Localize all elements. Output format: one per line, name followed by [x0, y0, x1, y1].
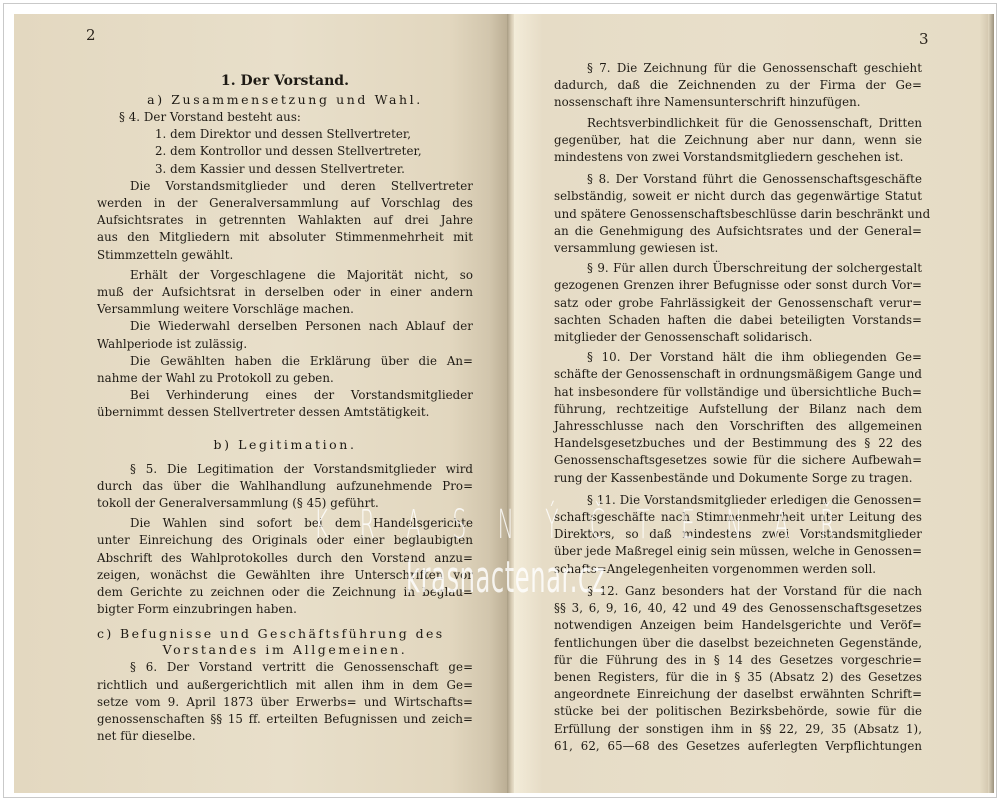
text-line: schaftsgeschäfte nach Stimmenmehrheit un…: [554, 509, 922, 526]
text-line: § 8. Der Vorstand führt die Genossenscha…: [554, 171, 922, 188]
text-line: Abschrift des Wahlprotokolles durch den …: [97, 550, 473, 567]
left-page: 2 1. Der Vorstand. a) Zusammensetzung un…: [14, 14, 509, 793]
text-line: sachten Schaden haften die dabei beteili…: [554, 312, 922, 329]
right-page: 3 § 7. Die Zeichnung für die Genossensch…: [514, 14, 994, 793]
text-line: über jede Maßregel einig sein müssen, we…: [554, 543, 922, 560]
text-line: net für dieselbe.: [97, 728, 473, 745]
paragraph-7: § 7. Die Zeichnung für die Genossenschaf…: [554, 60, 922, 112]
text-line: § 12. Ganz besonders hat der Vorstand fü…: [554, 583, 922, 600]
text-line: und spätere Genossenschaftsbeschlüsse da…: [554, 206, 922, 223]
text-line: übernimmt dessen Stellvertreter dessen A…: [97, 404, 473, 421]
text-line: bigter Form einzubringen haben.: [97, 601, 473, 618]
paragraph: Die Wahlen sind sofort bei dem Handelsge…: [97, 515, 473, 618]
text-line: für die Führung des in § 14 des Gesetzes…: [554, 652, 922, 669]
paragraph-8: § 8. Der Vorstand führt die Genossenscha…: [554, 171, 922, 257]
para-4-intro: § 4. Der Vorstand besteht aus:: [97, 109, 473, 126]
section-c-heading-cont: Vorstandes im Allgemeinen.: [97, 641, 473, 659]
text-line: § 10. Der Vorstand hält die ihm obliegen…: [554, 349, 922, 366]
text-line: nossenschaft ihre Namensunterschrift hin…: [554, 94, 922, 111]
text-line: benen Registers, für die in § 35 (Absatz…: [554, 669, 922, 686]
text-line: genossenschaften §§ 15 ff. erteilten Bef…: [97, 711, 473, 728]
paragraph: Die Gewählten haben die Erklärung über d…: [97, 353, 473, 387]
text-line: Handelsgesetzbuches und der Bestimmung d…: [554, 435, 922, 452]
paragraph: Bei Verhinderung eines der Vorstandsmitg…: [97, 387, 473, 421]
text-line: hat insbesondere für vollständige und üb…: [554, 384, 922, 401]
left-page-text: 1. Der Vorstand. a) Zusammensetzung und …: [97, 71, 473, 746]
text-line: durch das über die Wahlhandlung aufzuneh…: [97, 478, 473, 495]
text-line: an die Genehmigung des Aufsichtsrates un…: [554, 223, 922, 240]
right-page-text: § 7. Die Zeichnung für die Genossenschaf…: [554, 60, 922, 755]
text-line: Die Wiederwahl derselben Personen nach A…: [97, 318, 473, 335]
text-line: Erhält der Vorgeschlagene die Majorität …: [97, 267, 473, 284]
text-line: versammlung gewiesen ist.: [554, 240, 922, 257]
text-line: § 11. Die Vorstandsmitglieder erledigen …: [554, 492, 922, 509]
text-line: angeordnete Einreichung der daselbst erw…: [554, 686, 922, 703]
paragraph: Die Wiederwahl derselben Personen nach A…: [97, 318, 473, 352]
list-item: 2. dem Kontrollor und dessen Stellvertre…: [97, 143, 473, 160]
text-line: fentlichungen über die daselbst bezeichn…: [554, 635, 922, 652]
image-frame: 2 1. Der Vorstand. a) Zusammensetzung un…: [3, 3, 997, 798]
paragraph: Die Vorstandsmitglieder und deren Stellv…: [97, 178, 473, 264]
text-line: schäfte der Genossenschaft in ordnungsmä…: [554, 366, 922, 383]
text-line: § 7. Die Zeichnung für die Genossenschaf…: [554, 60, 922, 77]
text-line: mindestens von zwei Vorstandsmitgliedern…: [554, 149, 922, 166]
text-line: Rechtsverbindlichkeit für die Genossensc…: [554, 115, 922, 132]
paragraph-11: § 11. Die Vorstandsmitglieder erledigen …: [554, 492, 922, 578]
text-line: satz oder grobe Fahrlässigkeit der Genos…: [554, 295, 922, 312]
text-line: dadurch, daß die Zeichnenden zu der Firm…: [554, 77, 922, 94]
text-line: gegenüber, hat die Zeichnung aber nur da…: [554, 132, 922, 149]
text-line: Jahresschlusse nach den Vorschriften des…: [554, 418, 922, 435]
text-line: Die Wahlen sind sofort bei dem Handelsge…: [97, 515, 473, 532]
text-line: Aufsichtsrates in getrennten Wahlakten a…: [97, 212, 473, 229]
text-line: notwendigen Anzeigen beim Handelsgericht…: [554, 617, 922, 634]
chapter-title: 1. Der Vorstand.: [97, 71, 473, 91]
paragraph: Erhält der Vorgeschlagene die Majorität …: [97, 267, 473, 319]
paragraph: § 6. Der Vorstand vertritt die Genossens…: [97, 659, 473, 745]
section-a-heading: a) Zusammensetzung und Wahl.: [97, 91, 473, 109]
text-line: werden in der Generalversammlung auf Vor…: [97, 195, 473, 212]
text-line: Die Vorstandsmitglieder und deren Stellv…: [97, 178, 473, 195]
text-line: mitglieder der Genossenschaft solidarisc…: [554, 329, 922, 346]
text-line: muß der Aufsichtsrat in derselben oder i…: [97, 284, 473, 301]
text-line: dem Gerichte zu zeichnen oder die Zeichn…: [97, 584, 473, 601]
text-line: §§ 3, 6, 9, 16, 40, 42 und 49 des Genoss…: [554, 600, 922, 617]
paragraph-10: § 10. Der Vorstand hält die ihm obliegen…: [554, 349, 922, 487]
text-line: aus den Mitgliedern mit absoluter Stimme…: [97, 229, 473, 246]
text-line: Die Gewählten haben die Erklärung über d…: [97, 353, 473, 370]
text-line: rung der Kassenbestände und Dokumente So…: [554, 470, 922, 487]
text-line: führung, rechtzeitige Aufstellung der Bi…: [554, 401, 922, 418]
text-line: Versammlung weitere Vorschläge machen.: [97, 301, 473, 318]
text-line: Bei Verhinderung eines der Vorstandsmitg…: [97, 387, 473, 404]
text-line: tokoll der Generalversammlung (§ 45) gef…: [97, 495, 473, 512]
text-line: Direktors, so daß mindestens zwei Vorsta…: [554, 526, 922, 543]
text-line: Wahlperiode ist zulässig.: [97, 336, 473, 353]
text-line: § 6. Der Vorstand vertritt die Genossens…: [97, 659, 473, 676]
paragraph-9: § 9. Für allen durch Überschreitung der …: [554, 260, 922, 346]
text-line: setze vom 9. April 1873 über Erwerbs= un…: [97, 694, 473, 711]
text-line: selbständig, soweit er nicht durch das g…: [554, 188, 922, 205]
text-line: Stimmzetteln gewählt.: [97, 247, 473, 264]
text-line: stücke bei der politischen Bezirksbehörd…: [554, 703, 922, 720]
text-line: schafts=Angelegenheiten vorgenommen werd…: [554, 561, 922, 578]
text-line: nahme der Wahl zu Protokoll zu geben.: [97, 370, 473, 387]
page-number-right: 3: [919, 30, 929, 48]
paragraph: Rechtsverbindlichkeit für die Genossensc…: [554, 115, 922, 167]
paragraph-12: § 12. Ganz besonders hat der Vorstand fü…: [554, 583, 922, 755]
text-line: zeigen, wonächst die Gewählten ihre Unte…: [97, 567, 473, 584]
text-line: § 5. Die Legitimation der Vorstandsmitgl…: [97, 461, 473, 478]
page-number-left: 2: [86, 26, 96, 44]
text-line: § 9. Für allen durch Überschreitung der …: [554, 260, 922, 277]
text-line: 61, 62, 65—68 des Gesetzes auferlegten V…: [554, 738, 922, 755]
page-edge-shadow: [988, 14, 994, 793]
text-line: richtlich und außergerichtlich mit allen…: [97, 677, 473, 694]
text-line: unter Einreichung des Originals oder ein…: [97, 532, 473, 549]
paragraph: § 5. Die Legitimation der Vorstandsmitgl…: [97, 461, 473, 513]
book-spread: 2 1. Der Vorstand. a) Zusammensetzung un…: [14, 14, 994, 793]
list-item: 3. dem Kassier und dessen Stellvertreter…: [97, 161, 473, 178]
section-b-heading: b) Legitimation.: [97, 436, 473, 454]
list-item: 1. dem Direktor und dessen Stellvertrete…: [97, 126, 473, 143]
text-line: Genossenschaftsgesetzes sowie für die si…: [554, 452, 922, 469]
text-line: Erfüllung der sonstigen ihm in §§ 22, 29…: [554, 721, 922, 738]
text-line: gezogenen Grenzen ihrer Befugnisse oder …: [554, 277, 922, 294]
